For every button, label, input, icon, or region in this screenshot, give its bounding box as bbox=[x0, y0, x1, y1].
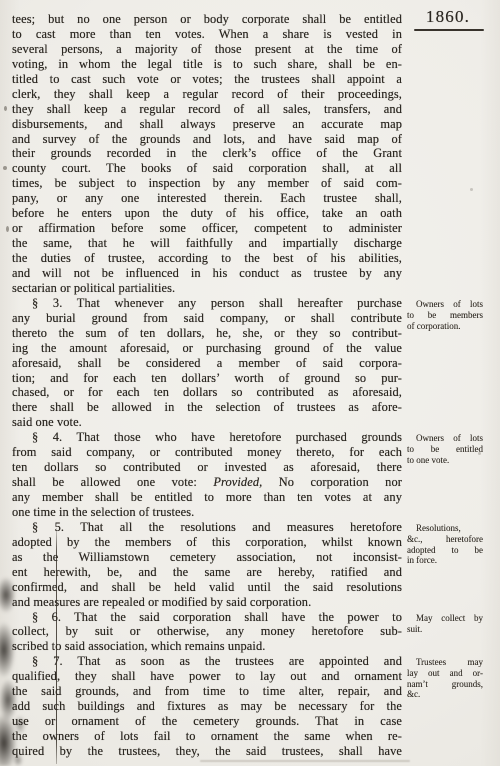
scan-speck bbox=[470, 188, 473, 191]
text-line: county court. The books of said corporat… bbox=[12, 161, 402, 176]
paragraph-section-5: § 5. That all the resolutions and measur… bbox=[12, 520, 402, 610]
text-line: quired by the trustees, they, the said t… bbox=[12, 744, 402, 759]
text-line: and will not be influenced in his conduc… bbox=[12, 266, 402, 281]
margin-note-line: suit. bbox=[407, 624, 483, 635]
text-line: the duties of trustee, according to the … bbox=[12, 251, 402, 266]
text-line: qualified, they shall have power to lay … bbox=[12, 669, 402, 684]
text-line: adopted by the members of this corporati… bbox=[12, 535, 402, 550]
text-line: § 5. That all the resolutions and measur… bbox=[12, 520, 402, 535]
text-line: the owners of lots fail to ornament the … bbox=[12, 729, 402, 744]
text-line: thereto the sum of ten dollars, he, she,… bbox=[12, 326, 402, 341]
margin-note-line: &c. bbox=[407, 689, 483, 700]
margin-note-line: lay out and or- bbox=[407, 668, 483, 679]
margin-note-line: May collect by bbox=[407, 613, 483, 624]
text-line: and survey of the grounds and lots, and … bbox=[12, 132, 402, 147]
text-line: sectarian or political partialities. bbox=[12, 281, 402, 296]
margin-note-line: &c., heretofore bbox=[407, 534, 483, 545]
scan-bottom-smear bbox=[200, 760, 410, 762]
margin-column: Owners of lotsto be membersof corporatio… bbox=[407, 0, 485, 766]
text-line: the same, that he will faithfully and im… bbox=[12, 236, 402, 251]
document-page: 1860. tees; but no one person or body co… bbox=[0, 0, 500, 766]
text-line: any burial ground from said company, or … bbox=[12, 311, 402, 326]
text-line: § 6. That the said corporation shall hav… bbox=[12, 610, 402, 625]
text-line: add such buildings and fixtures as may b… bbox=[12, 699, 402, 714]
text-line: as the Williamstown cemetery association… bbox=[12, 550, 402, 565]
scan-speck bbox=[3, 166, 7, 170]
text-line: scribed to said association, which remai… bbox=[12, 639, 402, 654]
text-line: to cast more than ten votes. When a shar… bbox=[12, 27, 402, 42]
margin-note-section-4: Owners of lotsto be entitledto one vote. bbox=[407, 433, 483, 465]
margin-note-line: Owners of lots bbox=[407, 299, 483, 310]
margin-note-line: Resolutions, bbox=[407, 523, 483, 534]
margin-note-line: in force. bbox=[407, 555, 483, 566]
text-line: ent herewith, be, and the same are hereb… bbox=[12, 565, 402, 580]
margin-note-section-5: Resolutions,&c., heretoforeadopted to be… bbox=[407, 523, 483, 566]
margin-note-line: to one vote. bbox=[407, 455, 483, 466]
text-line: chased, or for each ten dollars so contr… bbox=[12, 385, 402, 400]
text-line: clerk, they shall keep a regular record … bbox=[12, 87, 402, 102]
text-line: or affirmation before some officer, comp… bbox=[12, 221, 402, 236]
text-line: ten dollars so contributed or invested a… bbox=[12, 460, 402, 475]
text-line: one time in the selection of trustees. bbox=[12, 505, 402, 520]
scan-smudge-artifact bbox=[0, 565, 40, 766]
margin-note-line: to be entitled bbox=[407, 444, 483, 455]
text-line: use or ornament of the cemetery grounds.… bbox=[12, 714, 402, 729]
text-line: and measures are repealed or modified by… bbox=[12, 595, 402, 610]
paragraph-section-3: § 3. That whenever any person shall here… bbox=[12, 296, 402, 430]
paragraph-section-7: § 7. That as soon as the trustees are ap… bbox=[12, 654, 402, 759]
margin-note-line: of corporation. bbox=[407, 321, 483, 332]
text-line: titled to cast such vote or votes; the t… bbox=[12, 72, 402, 87]
scan-speck bbox=[478, 452, 481, 455]
text-line: the said grounds, and from time to time … bbox=[12, 684, 402, 699]
margin-note-line: Trustees may bbox=[407, 657, 483, 668]
text-line: confirmed, and shall be held valid until… bbox=[12, 580, 402, 595]
margin-note-line: to be members bbox=[407, 310, 483, 321]
text-line: there shall be allowed in the selection … bbox=[12, 400, 402, 415]
text-line: ing the amount aforesaid, or purchasing … bbox=[12, 341, 402, 356]
text-line: times, be subject to inspection by any m… bbox=[12, 176, 402, 191]
paragraph-trustees-continuation: tees; but no one person or body corporat… bbox=[12, 12, 402, 296]
text-line: collect, by suit or otherwise, any money… bbox=[12, 624, 402, 639]
margin-note-line: Owners of lots bbox=[407, 433, 483, 444]
scan-speck bbox=[4, 106, 7, 111]
text-line: aforesaid, shall be considered a member … bbox=[12, 356, 402, 371]
paragraph-section-6: § 6. That the said corporation shall hav… bbox=[12, 610, 402, 655]
text-line: § 3. That whenever any person shall here… bbox=[12, 296, 402, 311]
text-line: disbursements, and shall always preserve… bbox=[12, 117, 402, 132]
text-line: shall be allowed one vote: Provided, No … bbox=[12, 475, 402, 490]
text-line: their grounds recorded in the clerk’s of… bbox=[12, 146, 402, 161]
text-line: § 4. That those who have heretofore purc… bbox=[12, 430, 402, 445]
text-line: any member shall be entitled to more tha… bbox=[12, 490, 402, 505]
body-column: tees; but no one person or body corporat… bbox=[12, 12, 402, 759]
scan-speck bbox=[6, 226, 9, 232]
scan-speck bbox=[27, 318, 29, 321]
margin-note-line: adopted to be bbox=[407, 545, 483, 556]
text-line: tion; and for each ten dollars’ worth of… bbox=[12, 371, 402, 386]
scan-crease-line bbox=[56, 528, 57, 764]
margin-note-section-7: Trustees maylay out and or-nam’t grounds… bbox=[407, 657, 483, 700]
margin-note-line: nam’t grounds, bbox=[407, 679, 483, 690]
text-line: tees; but no one person or body corporat… bbox=[12, 12, 402, 27]
text-line: pany, or any one interested therein. Eac… bbox=[12, 191, 402, 206]
text-line: from said company, or contributed money … bbox=[12, 445, 402, 460]
text-line: they shall keep a regular record of all … bbox=[12, 102, 402, 117]
paragraph-section-4: § 4. That those who have heretofore purc… bbox=[12, 430, 402, 520]
text-line: before he enters upon the duty of his of… bbox=[12, 206, 402, 221]
margin-note-section-3: Owners of lotsto be membersof corporatio… bbox=[407, 299, 483, 331]
text-line: voting, in whom the legal title is to su… bbox=[12, 57, 402, 72]
text-line: said one vote. bbox=[12, 415, 402, 430]
text-line: § 7. That as soon as the trustees are ap… bbox=[12, 654, 402, 669]
text-line: several persons, a majority of those pre… bbox=[12, 42, 402, 57]
margin-note-section-6: May collect bysuit. bbox=[407, 613, 483, 635]
